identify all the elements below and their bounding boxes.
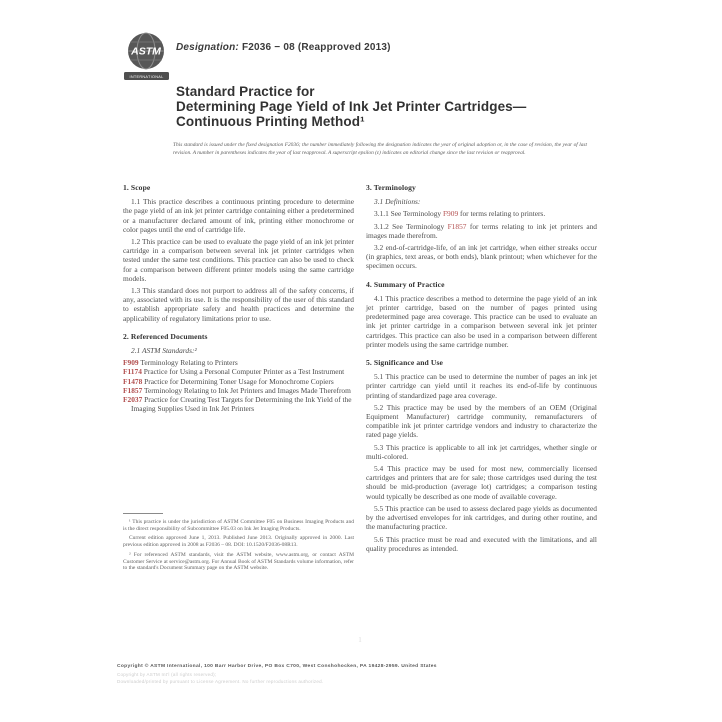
referenced-standard-f1857: F1857 Terminology Relating to Ink Jet Pr…	[123, 386, 354, 395]
referenced-standard-title: Practice for Creating Test Targets for D…	[131, 395, 352, 413]
footnote-separator	[123, 513, 163, 514]
title-line-2: Determining Page Yield of Ink Jet Printe…	[176, 99, 608, 114]
paragraph-5-4: 5.4 This practice may be used for most n…	[366, 464, 597, 501]
referenced-standard-title: Practice for Determining Toner Usage for…	[144, 377, 334, 386]
standard-link-f1174[interactable]: F1174	[123, 367, 142, 376]
section-2-heading: 2. Referenced Documents	[123, 332, 354, 341]
footer-line-2: Copyright by ASTM Int'l (all rights rese…	[117, 672, 216, 677]
standard-link-f1857[interactable]: F1857	[123, 386, 142, 395]
designation-line: Designation:F2036 − 08 (Reapproved 2013)	[176, 42, 391, 53]
document-title: Standard Practice for Determining Page Y…	[176, 84, 608, 129]
left-column: 1. Scope 1.1 This practice describes a c…	[123, 183, 354, 653]
paragraph-5-6: 5.6 This practice must be read and execu…	[366, 535, 597, 553]
section-4-heading: 4. Summary of Practice	[366, 280, 597, 289]
terminology-link-f1857[interactable]: F1857	[448, 222, 467, 231]
designation-label: Designation:	[176, 42, 239, 53]
title-line-1: Standard Practice for	[176, 84, 608, 99]
paragraph-1-1: 1.1 This practice describes a continuous…	[123, 197, 354, 234]
paragraph-1-2: 1.2 This practice can be used to evaluat…	[123, 237, 354, 283]
paragraph-1-3: 1.3 This standard does not purport to ad…	[123, 286, 354, 323]
footnote-edition: Current edition approved June 1, 2013. P…	[123, 535, 354, 549]
astm-standards-label: 2.1 ASTM Standards:²	[123, 346, 354, 355]
designation-code: F2036 − 08 (Reapproved 2013)	[242, 42, 391, 53]
title-line-3: Continuous Printing Method¹	[176, 114, 608, 129]
referenced-standard-f909: F909 Terminology Relating to Printers	[123, 358, 354, 367]
footnote-2: ² For referenced ASTM standards, visit t…	[123, 552, 354, 573]
referenced-standard-title: Terminology Relating to Printers	[140, 358, 237, 367]
paragraph-4-1: 4.1 This practice describes a method to …	[366, 294, 597, 349]
standard-link-f2037[interactable]: F2037	[123, 395, 142, 404]
paragraph-5-2: 5.2 This practice may be used by the mem…	[366, 403, 597, 440]
footnote-1: ¹ This practice is under the jurisdictio…	[123, 519, 354, 533]
definition-text: 3.1.2 See Terminology	[374, 222, 448, 231]
footer-copyright: Copyright © ASTM International, 100 Barr…	[117, 664, 437, 669]
astm-banner-label: INTERNATIONAL	[130, 75, 164, 79]
astm-logo: ASTM INTERNATIONAL	[124, 31, 169, 81]
paragraph-3-1-1: 3.1.1 See Terminology F909 for terms rel…	[366, 209, 597, 218]
astm-globe-icon: ASTM INTERNATIONAL	[124, 31, 169, 81]
footer-line-3: Downloaded/printed by pursuant to Licens…	[117, 679, 323, 684]
standard-link-f1478[interactable]: F1478	[123, 377, 142, 386]
section-3-heading: 3. Terminology	[366, 183, 597, 192]
standard-link-f909[interactable]: F909	[123, 358, 139, 367]
terminology-link-f909[interactable]: F909	[443, 209, 458, 218]
paragraph-3-2: 3.2 end-of-cartridge-life, of an ink jet…	[366, 243, 597, 271]
page-number: 1	[115, 636, 605, 644]
paragraph-5-1: 5.1 This practice can be used to determi…	[366, 372, 597, 400]
definition-text: 3.1.1 See Terminology	[374, 209, 443, 218]
right-column: 3. Terminology 3.1 Definitions: 3.1.1 Se…	[366, 183, 597, 556]
paragraph-5-5: 5.5 This practice can be used to assess …	[366, 504, 597, 532]
section-1-heading: 1. Scope	[123, 183, 354, 192]
definition-text: for terms relating to printers.	[458, 209, 545, 218]
referenced-standard-f1174: F1174 Practice for Using a Personal Comp…	[123, 367, 354, 376]
section-5-heading: 5. Significance and Use	[366, 358, 597, 367]
definitions-label: 3.1 Definitions:	[366, 197, 597, 206]
footnote-block: ¹ This practice is under the jurisdictio…	[123, 513, 354, 575]
document-page: ASTM INTERNATIONAL Designation:F2036 − 0…	[0, 0, 722, 722]
preamble-note: This standard is issued under the fixed …	[173, 141, 587, 157]
referenced-standard-title: Practice for Using a Personal Computer P…	[144, 367, 345, 376]
paragraph-5-3: 5.3 This practice is applicable to all i…	[366, 443, 597, 461]
astm-monogram: ASTM	[130, 46, 161, 58]
referenced-standard-f2037: F2037 Practice for Creating Test Targets…	[123, 395, 354, 413]
referenced-standard-f1478: F1478 Practice for Determining Toner Usa…	[123, 377, 354, 386]
paragraph-3-1-2: 3.1.2 See Terminology F1857 for terms re…	[366, 222, 597, 240]
referenced-standard-title: Terminology Relating to Ink Jet Printers…	[144, 386, 351, 395]
